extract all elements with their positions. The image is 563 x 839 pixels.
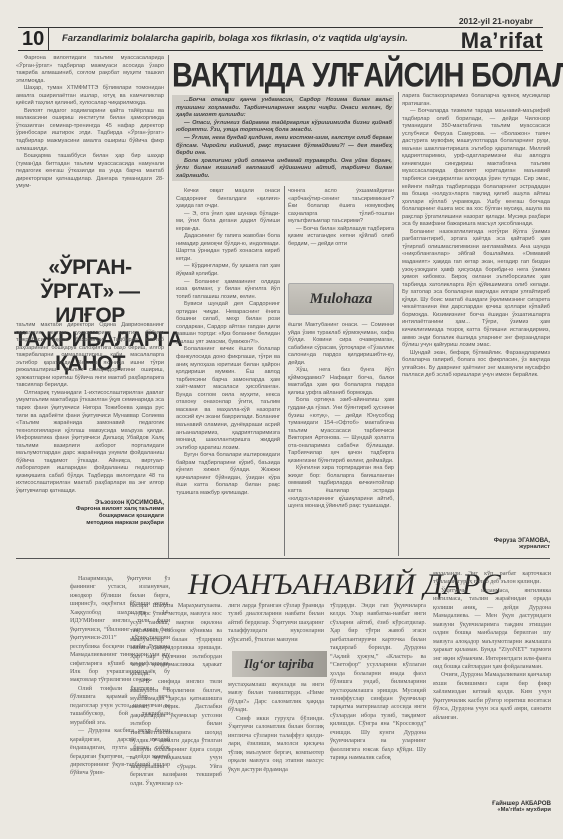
left-article-signature: Эъзозхон ҚОСИМОВА, Фарғона вилоят халқ т…	[16, 499, 164, 528]
paragraph: Хўш, нега биз бунга йўл қўймоқдамиз? Наф…	[288, 367, 394, 397]
column-divider	[284, 186, 285, 556]
paragraph: ...Боғча опалари қанча ундамасин, Сардор…	[176, 97, 392, 120]
paragraph: лиги ларда ўрганган сўзлар ўрамида тузиб…	[228, 602, 324, 644]
paragraph: Вилоят педагог ходимларини қайта тайёрла…	[16, 108, 164, 153]
paragraph: Бошқарма ташаббуси билан ҳар бир шаҳар (…	[16, 153, 164, 191]
author-name: Феруза ЭГАМОВА,	[402, 537, 550, 544]
issue-date: 2012-yil 21-noyabr	[459, 16, 533, 26]
main-article-headline: ВАҚТИДА УЛҒАЙСИН БОЛАЛАР...	[172, 57, 562, 95]
paragraph: Ўқитувчи изланмаса, янгиликка интилмаса,…	[433, 587, 551, 672]
paragraph: Кўнгилни хира тортирадиган яна бир жиҳат…	[288, 465, 394, 510]
paragraph: Бола ҳовлиғини уйиб олганча индамай тура…	[176, 158, 392, 181]
paragraph: Фарғона вилоятидаги таълим муассасаларид…	[16, 55, 164, 85]
column-divider	[398, 92, 399, 556]
main-article-column-2-bottom: ёшли Мактубанинг онаси. — Соминни уйда ў…	[288, 322, 394, 554]
author-role: методика маркази раҳбари	[16, 520, 164, 527]
section-divider	[16, 558, 550, 559]
paragraph: — Боғча билан хайрлашув тадбирига қизим …	[288, 226, 394, 249]
paragraph: — Боғчаларда тизимли тарзда маънавий-маъ…	[402, 108, 550, 229]
paragraph: Бугун боғча болалари иштирокидаги байрам…	[176, 452, 280, 497]
paragraph: Кечки овқат маҳали онаси Сардорнинг бинг…	[176, 188, 280, 211]
bottom-article-column-5: якунланди. Энг кўп рағбат карточкаси тўп…	[433, 570, 551, 810]
paragraph: Шаҳар, туман ХТМФМТТЭ бўлимлари томонида…	[16, 85, 164, 108]
paragraph: мустаҳкамлаш якунлади ва янги мавзу била…	[228, 681, 324, 715]
mulohaza-section-label: Mulohaza	[288, 283, 394, 315]
paragraph: — Боланинг ҳаммаининг олдида изза қилман…	[176, 279, 280, 302]
paragraph: чоннга асло ўхшамайдиган «арбчакўтир-сен…	[288, 188, 394, 226]
author-role: журналист	[402, 544, 550, 551]
header-rule-bottom	[18, 50, 543, 51]
paragraph: Дадасининг бу гапига жавобан бола нимади…	[176, 233, 280, 263]
bottom-article-column-2: босари Шоҳиза Мараҳматулаева. — Дарс ўти…	[130, 602, 222, 822]
paragraph: тўлдирди. Энди гап ўқувчиларга келди. Ул…	[330, 602, 426, 763]
paragraph: Боланинг назокатлилигида нотўғри йўлга ў…	[402, 229, 550, 350]
paragraph: Бувиси шундай дея Сардорнинг ортидан чиқ…	[176, 301, 280, 346]
paragraph: Болаланинг кичик ёшли болалар фанкулосид…	[176, 346, 280, 452]
page-number-divider	[48, 28, 49, 50]
header-motto: Farzandlarimiz bolalarcha gapirib, bolag…	[62, 33, 408, 44]
newspaper-page: 2012-yil 21-noyabr 10 Farzandlarimiz bol…	[0, 0, 563, 839]
paragraph: ларига бастакорларимиз болаларча қувноқ …	[402, 93, 550, 108]
paragraph: — Кўрдингларми, бу ҳишига гап ҳам йўқмай…	[176, 263, 280, 278]
paragraph: ёшли Мактубанинг онаси. — Соминни уйда ў…	[288, 322, 394, 367]
paragraph: Шундай экан, бефарқ бўлмайлик. Фарзандла…	[402, 350, 550, 380]
page-number: 10	[22, 28, 44, 51]
paragraph: Синф икки гуруҳга бўлинди. Ўқитувчи сало…	[228, 715, 324, 774]
author-role: «Ma’rifat» мухбири	[433, 807, 551, 814]
paragraph: — Ўғлим, нега бундай қилдинг, янги костю…	[176, 135, 392, 158]
paragraph: — Опаси, ўғлингиз байрамга тайёргарлик к…	[176, 120, 392, 135]
main-article-signature: Феруза ЭГАМОВА, журналист	[402, 537, 550, 552]
paragraph: Очиғи, Дурдона Мамадалиевани қанчалар ях…	[433, 671, 551, 722]
ilgor-tajriba-label: Ilg‘or tajriba	[232, 651, 327, 677]
bottom-article-column-3-bottom: мустаҳкамлаш якунлади ва янги мавзу била…	[228, 681, 324, 823]
left-article-body: таълим мактаби директори Одина Даврионов…	[16, 322, 164, 528]
paragraph: таълим мактаби директори Одина Даврионов…	[16, 322, 164, 390]
bottom-article-column-4: тўлдирди. Энди гап ўқувчиларга келди. Ул…	[330, 602, 426, 824]
main-article-column-1: Кечки овқат маҳали онаси Сардорнинг бинг…	[176, 188, 280, 552]
paragraph: — Э, ота ўғил ҳам шунақа бўлади-ми, ўғил…	[176, 211, 280, 234]
paragraph: Олтиариқ туманидаги 1-ихтисослаштирилган…	[16, 390, 164, 496]
column-divider	[168, 55, 169, 558]
author-name: Эъзозхон ҚОСИМОВА,	[16, 499, 164, 506]
paragraph: Бола ортиқча эзиб-айинатиш ҳам гуддаи-да…	[288, 397, 394, 465]
main-article-lead: ...Боғча опалари қанча ундамасин, Сардор…	[176, 97, 392, 181]
paragraph: босари Шоҳиза Мараҳматулаева. — Дарс ўти…	[130, 602, 222, 678]
main-article-column-2-top: чоннга асло ўхшамайдиган «арбчакўтир-сен…	[288, 188, 394, 280]
left-article-intro: Фарғона вилоятидаги таълим муассасаларид…	[16, 55, 164, 191]
main-article-column-3: ларига бастакорларимиз болаларча қувноқ …	[402, 93, 550, 528]
paragraph: 7-“Б” синфида инглиз тили машғулоти борл…	[130, 678, 222, 788]
bottom-article-column-3-top: лиги ларда ўрганган сўзлар ўрамида тузиб…	[228, 602, 324, 648]
paragraph: якунланди. Энг кўп рағбат карточкаси тўп…	[433, 570, 551, 587]
bottom-article-signature: Ғайншер АКБАРОВ «Ma’rifat» мухбири	[433, 800, 551, 815]
